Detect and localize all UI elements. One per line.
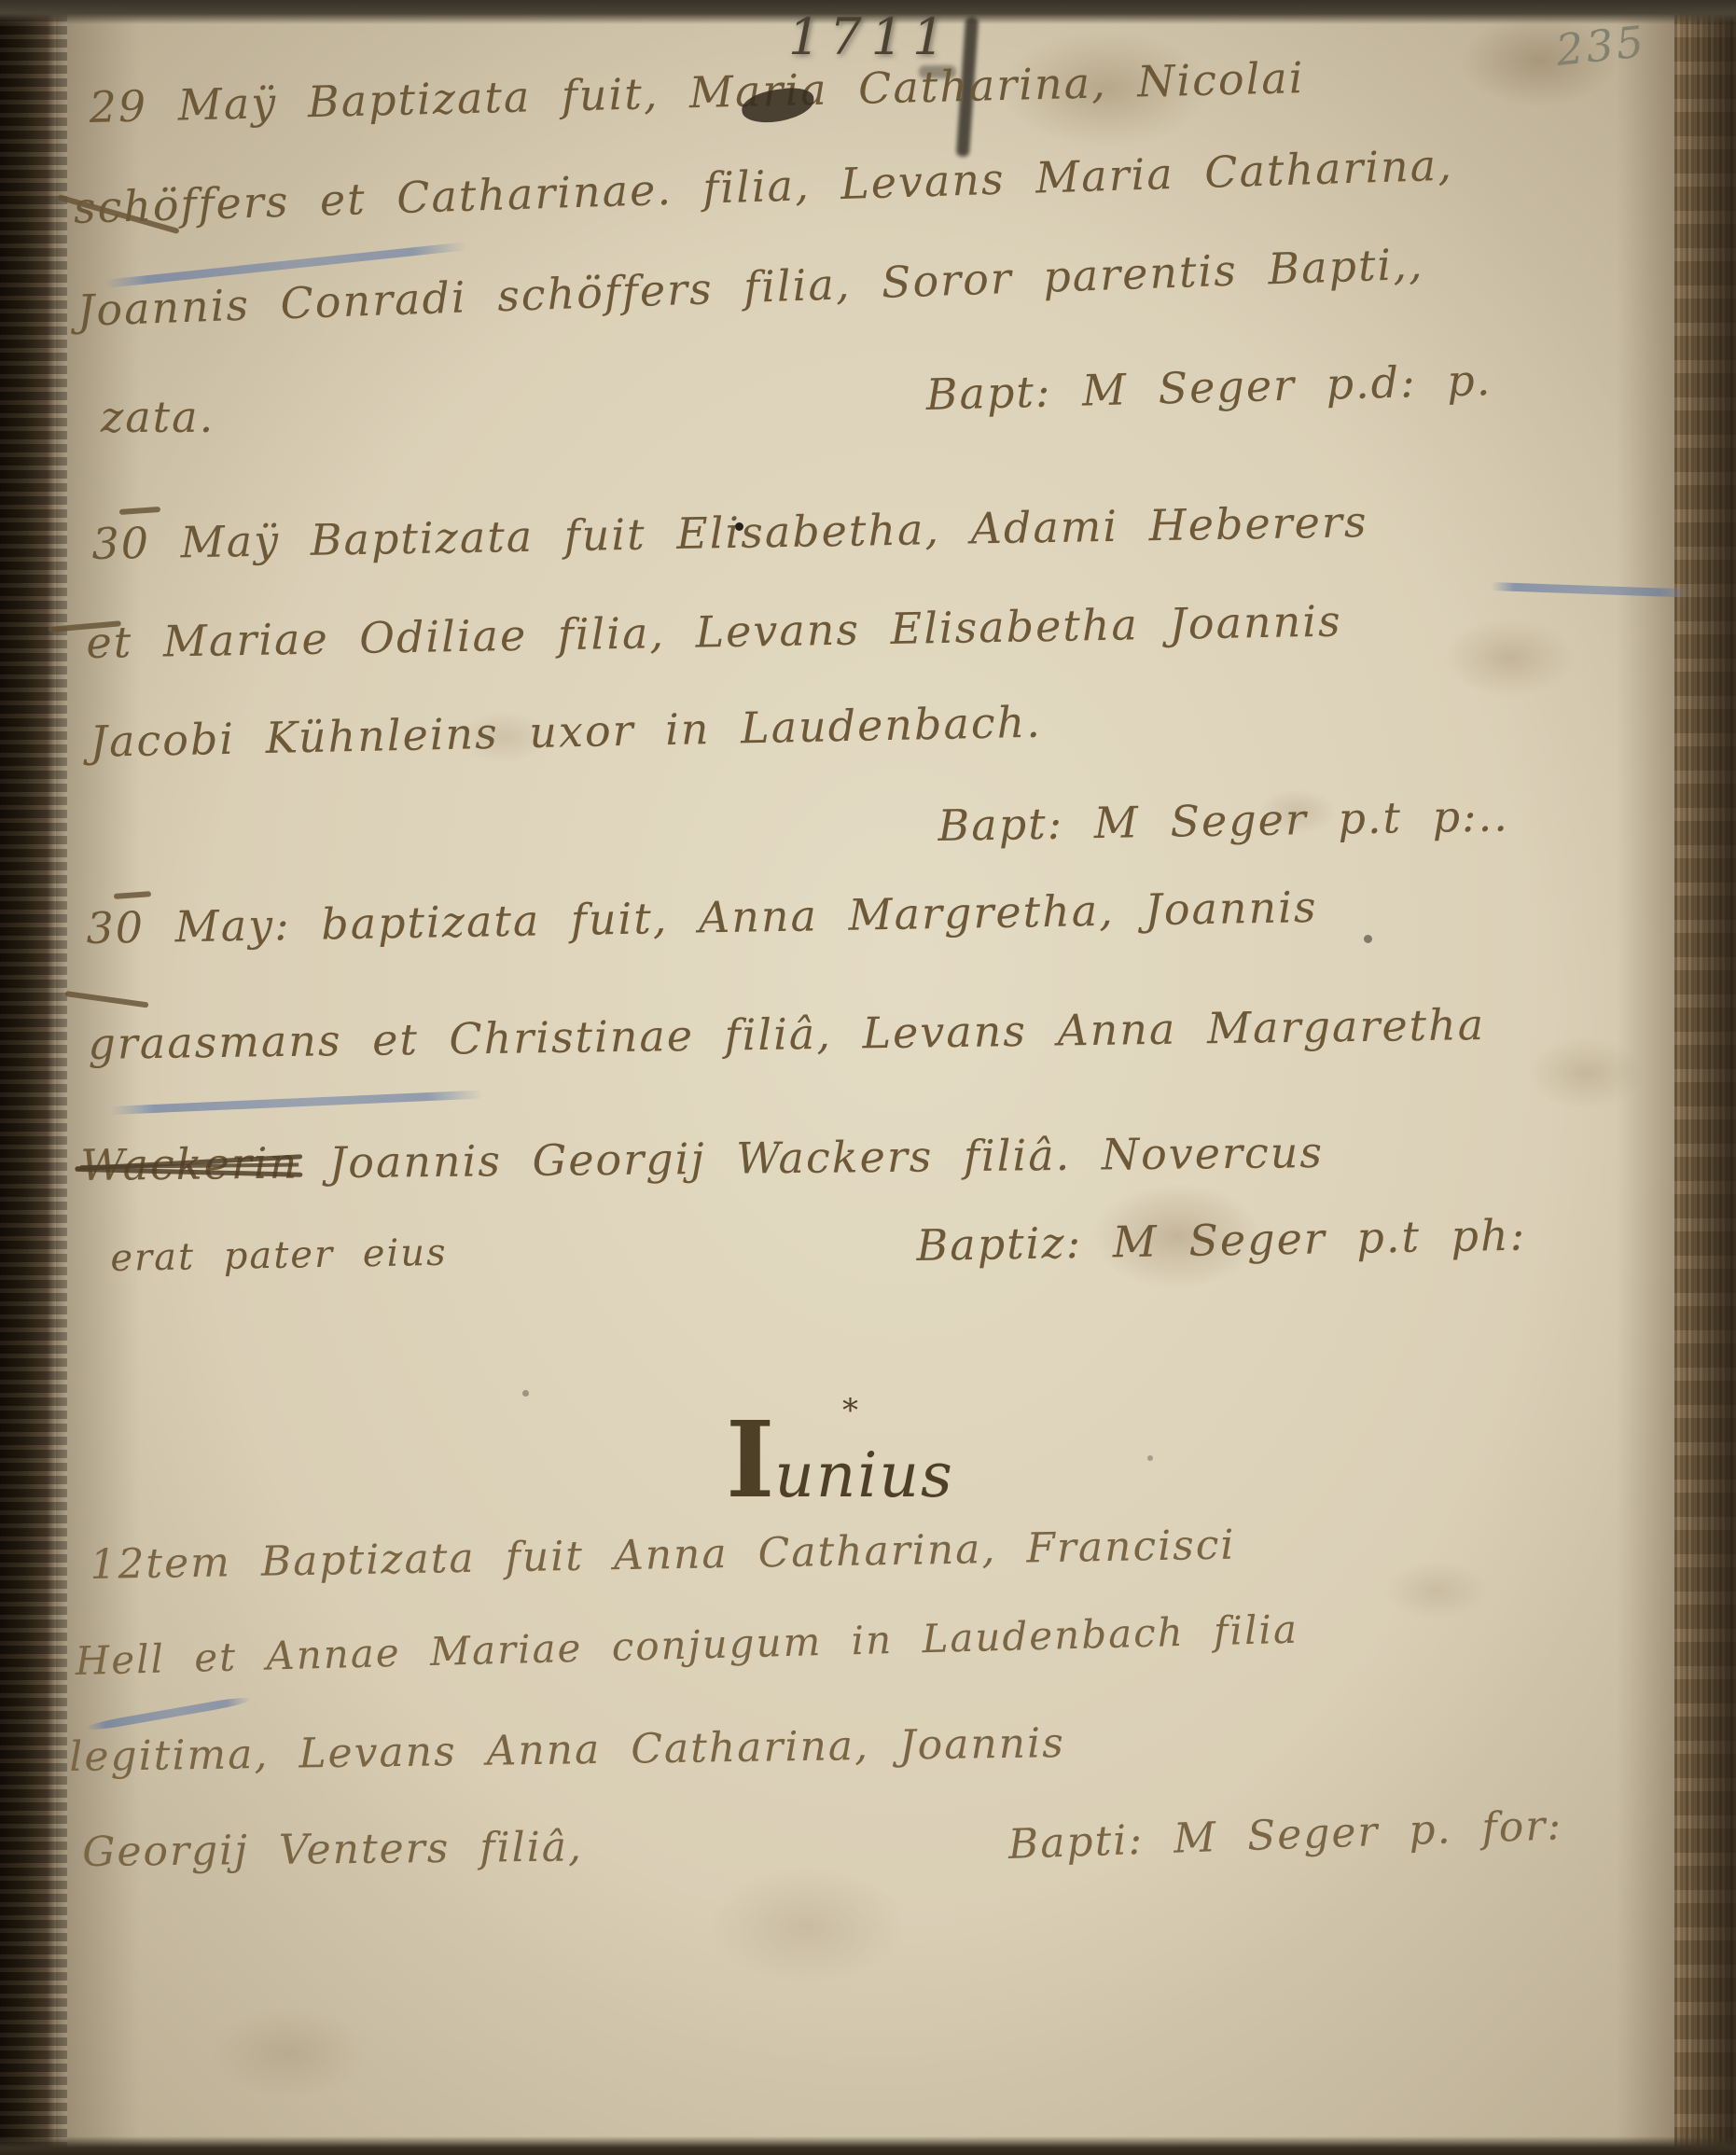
- entry2-baptizer: Bapt: M Seger p.t p:..: [937, 790, 1509, 851]
- month-heading: Iunius: [726, 1399, 954, 1522]
- photo-bottom-edge: [0, 2136, 1736, 2155]
- ink-dot: [1147, 1455, 1153, 1461]
- register-page-scan: 1711 235 29 Maÿ Baptizata fuit, Maria Ca…: [0, 0, 1736, 2155]
- underlined-surname: graasmans: [88, 1015, 342, 1069]
- struck-out-word: Wackerin: [80, 1138, 299, 1190]
- page-curl-shadow: [1617, 0, 1682, 2155]
- entry3-line4-left: erat pater eius: [110, 1231, 448, 1280]
- page-number: 235: [1553, 16, 1648, 76]
- underlined-surname: schöffers: [73, 176, 290, 233]
- year-heading: 1711: [788, 7, 953, 66]
- entry3-baptizer: Baptiz: M Seger p.t ph:: [916, 1210, 1527, 1271]
- ink-dot: [522, 1390, 529, 1397]
- underlined-surname: Heberers: [1148, 496, 1368, 550]
- book-binding-left: [0, 0, 67, 2155]
- entry4-line4-left: Georgij Venters filiâ,: [82, 1823, 583, 1876]
- entry1-line4-left: zata.: [101, 392, 215, 442]
- book-fore-edge-right: [1674, 0, 1736, 2155]
- ink-dot: [1364, 935, 1372, 943]
- underlined-surname: Hell: [75, 1635, 166, 1684]
